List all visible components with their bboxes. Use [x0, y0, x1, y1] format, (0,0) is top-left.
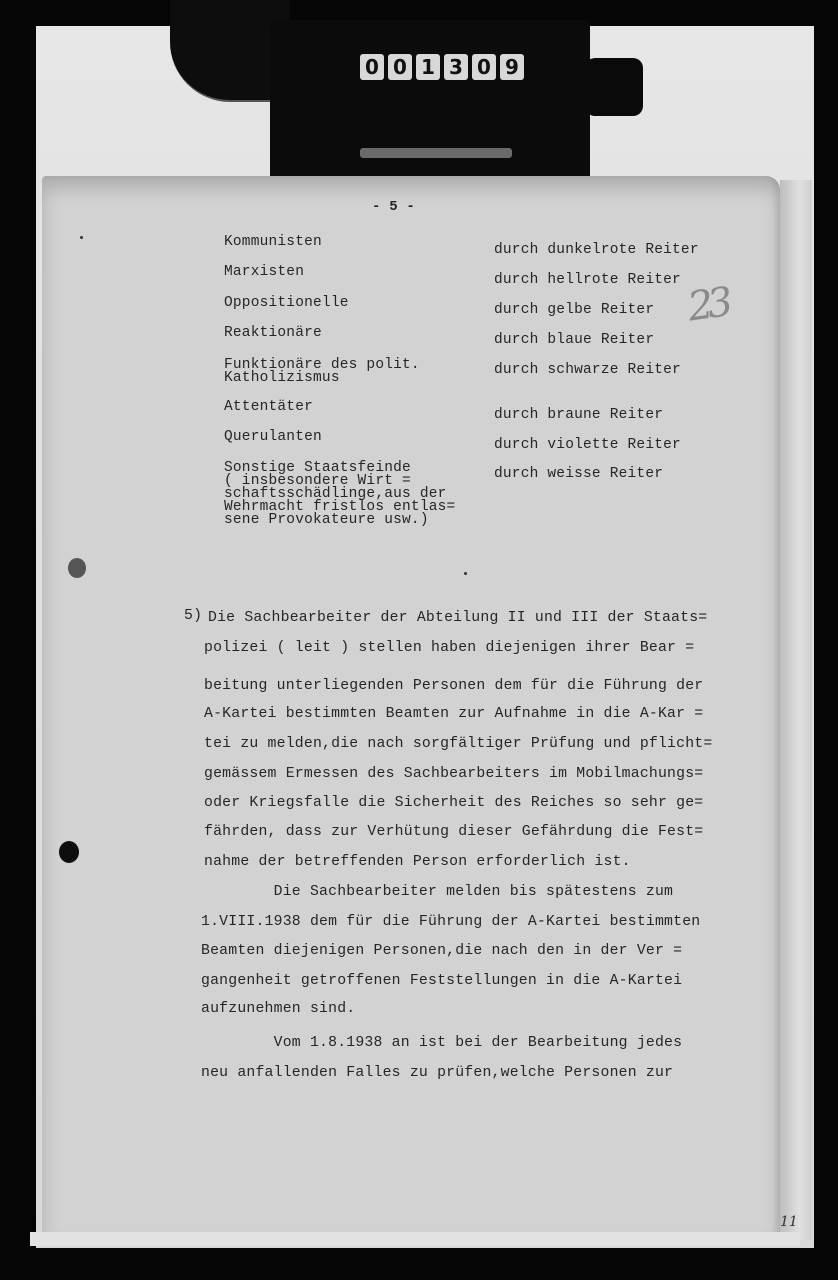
punch-hole-icon: [59, 841, 79, 863]
page-edge-strip: [780, 180, 812, 1240]
table-category: Attentäter: [224, 401, 313, 414]
counter-digit: 3: [444, 54, 468, 80]
text-line: nahme der betreffenden Person erforderli…: [204, 852, 631, 872]
text-line: tei zu melden,die nach sorgfältiger Prüf…: [204, 734, 712, 754]
table-category: Reaktionäre: [224, 327, 322, 340]
section-number: 5): [184, 608, 202, 624]
text-line: Die Sachbearbeiter melden bis spätestens…: [201, 882, 673, 902]
table-marking: durch braune Reiter: [494, 407, 663, 423]
text-line: Die Sachbearbeiter der Abteilung II und …: [208, 608, 707, 628]
speck: [80, 236, 83, 239]
table-marking: durch hellrote Reiter: [494, 272, 681, 288]
counter-name-plate: [360, 148, 512, 158]
counter-digit: 1: [416, 54, 440, 80]
table-category: Funktionäre des polit. Katholizismus: [224, 359, 420, 385]
frame-counter-device: 0 0 1 3 0 9: [270, 20, 590, 182]
table-marking: durch dunkelrote Reiter: [494, 242, 699, 258]
counter-digit: 0: [472, 54, 496, 80]
table-category: Querulanten: [224, 431, 322, 444]
table-marking: durch blaue Reiter: [494, 332, 654, 348]
punch-hole-icon: [68, 558, 86, 578]
counter-digit: 9: [500, 54, 524, 80]
text-line: Vom 1.8.1938 an ist bei der Bearbeitung …: [201, 1033, 682, 1053]
page-number: - 5 -: [372, 199, 415, 215]
table-marking: durch violette Reiter: [494, 437, 681, 453]
table-category: Sonstige Staatsfeinde ( insbesondere Wir…: [224, 462, 455, 527]
counter-digit: 0: [360, 54, 384, 80]
text-line: aufzunehmen sind.: [201, 999, 355, 1019]
table-marking: durch schwarze Reiter: [494, 362, 681, 378]
handwritten-margin-note: 23: [685, 280, 730, 331]
table-category: Marxisten: [224, 266, 304, 279]
counter-digit: 0: [388, 54, 412, 80]
text-line: fährden, dass zur Verhütung dieser Gefäh…: [204, 822, 703, 842]
text-line: gangenheit getroffenen Feststellungen in…: [201, 971, 682, 991]
table-marking: durch weisse Reiter: [494, 466, 663, 482]
text-line: beitung unterliegenden Personen dem für …: [204, 676, 703, 696]
page-bottom-edge: [30, 1232, 800, 1246]
table-category: Kommunisten: [224, 236, 322, 249]
text-line: Beamten diejenigen Personen,die nach den…: [201, 941, 682, 961]
text-line: 1.VIII.1938 dem für die Führung der A-Ka…: [201, 912, 700, 932]
counter-knob: [585, 58, 643, 116]
frame-counter-digits: 0 0 1 3 0 9: [360, 54, 524, 80]
text-line: oder Kriegsfalle die Sicherheit des Reic…: [204, 793, 703, 813]
text-line: gemässem Ermessen des Sachbearbeiters im…: [204, 764, 703, 784]
text-line: A-Kartei bestimmten Beamten zur Aufnahme…: [204, 704, 703, 724]
table-category: Oppositionelle: [224, 297, 349, 310]
text-line: polizei ( leit ) stellen haben diejenige…: [204, 638, 694, 658]
corner-mark: 11: [780, 1214, 798, 1230]
table-marking: durch gelbe Reiter: [494, 302, 654, 318]
speck: [464, 572, 467, 575]
text-line: neu anfallenden Falles zu prüfen,welche …: [201, 1063, 673, 1083]
